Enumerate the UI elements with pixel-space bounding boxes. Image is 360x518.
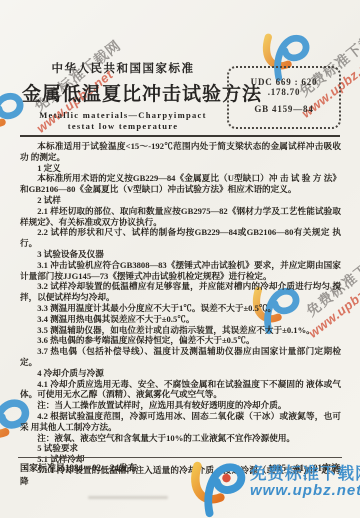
standard-number: GB 4159—84 [229,104,339,114]
subtitle-english-line2: testat low temperature [22,121,224,132]
udc-line1: UDC 669 : 620 [229,77,339,87]
subtitle-english-line1: Metallic materials—Charpyimpact [22,110,224,121]
body-paragraphs: 本标准适用于试验温度<15～-192℃范围内处于简支梁状态的金属试样冲击吸收功 … [20,141,341,487]
section-heading: 4 冷却介质与冷源 [20,368,341,379]
paragraph: 注：当人工操作放置试样时，应选用具有较好透明度的冷却介质。 [20,400,341,411]
section-heading: 2 试样 [20,195,341,206]
page-number: 1 [303,471,308,481]
paragraph: 3.1 冲击试验机应符合GB3808—83《摆锤式冲击试验机》要求，并应定期由国… [20,260,341,282]
paragraph: 本标准适用于试验温度<15～-192℃范围内处于简支梁状态的金属试样冲击吸收功 … [20,141,341,163]
paragraph: 3.4 测温用热电偶其误差应不大于±0.5℃。 [20,314,341,325]
issued-date: 国家标准局1984—02—24发布 [20,461,137,474]
scanned-standard-page: 免费标准下载网 www.upbz.net 免费标准下载网 www.upbz.ne… [0,0,360,518]
page-title: 金属低温夏比冲击试验方法 [22,79,224,106]
paragraph: 2.2 试样的形状和尺寸、试样的制备均按GB229—84或GB2106—80有关… [20,227,341,249]
national-standard-label: 中华人民共和国国家标准 [22,60,224,76]
paragraph: 注：液氧、液态空气和含氧量大于10%的工业液氮不宜作冷源使用。 [20,433,341,444]
footer-divider [18,457,342,458]
paragraph: 4.2 根据试验温度范围，冷源可选用冰、固态二氧化碳（干冰）或液氮等，也可采 用… [20,411,341,433]
section-heading: 1 定义 [20,163,341,174]
paragraph: 3.2 试样冷却装置的低温槽应有足够容量，并应能对槽内的冷却介质进行均匀 搅拌，… [20,281,341,303]
paragraph: 本标准所用术语的定义按GB229—84《金属夏比（U型缺口）冲 击 试 验 方 … [20,173,341,195]
paragraph: 2.1 样坯切取的部位、取向和数量应按GB2975—82《钢材力学及工艺性能试验… [20,206,341,228]
paragraph: 4.1 冷却介质应选用无毒、安全、不腐蚀金属和在试验温度下不凝固的 液体或气体。… [20,379,341,401]
paragraph: 3.5 测温辅助仪器，如电位差计或自动指示装置，其误差应不大于±0.1%。 [20,325,341,336]
section-heading: 3 试验设备及仪器 [20,249,341,260]
header-divider [20,135,340,137]
scan-artifact [88,496,168,499]
udc-standard-number-box: UDC 669 : 620 .178.70 GB 4159—84 [227,66,341,129]
section-heading: 5 试验要求 [20,443,341,454]
udc-line2: .178.70 [229,87,339,97]
paragraph: 3.6 热电偶的参考端温度应保持恒定，偏差不大于±0.5℃。 [20,335,341,346]
title-block: 中华人民共和国国家标准 金属低温夏比冲击试验方法 Metallic materi… [22,60,224,132]
paragraph: 3.7 热电偶（包括补偿导线）、温度计及测温辅助仪器应由国家计量部门定期检 定。 [20,346,341,368]
paragraph: 3.3 测温用温度计其最小分度应不大于1℃。误差不大于±0.5℃。 [20,303,341,314]
